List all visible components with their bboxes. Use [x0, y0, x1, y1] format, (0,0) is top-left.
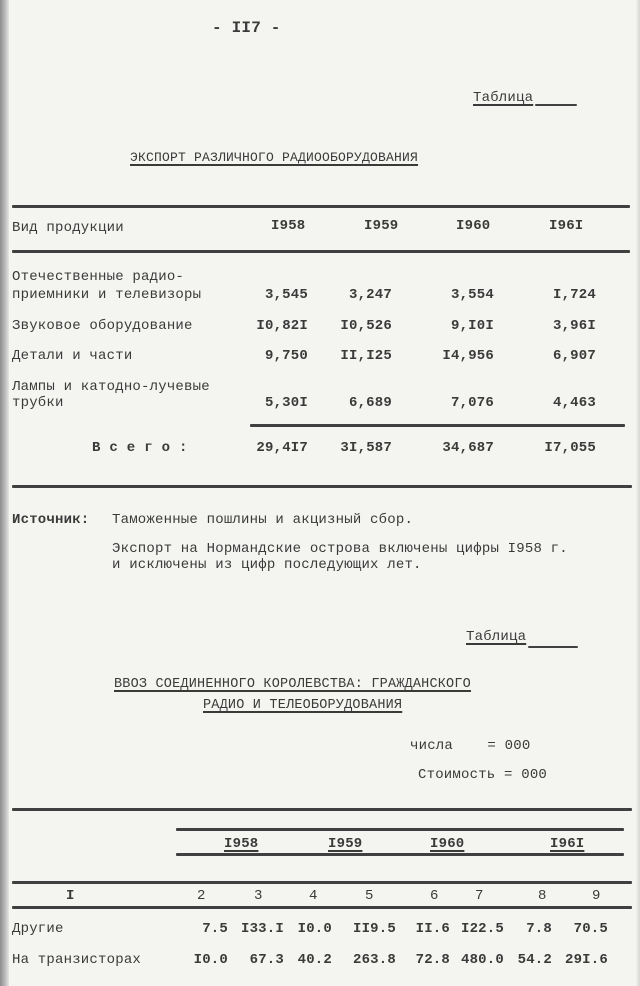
table2-year: I958: [224, 836, 258, 852]
table1-cell: 9,I0I: [412, 318, 494, 334]
table2-top-rule: [12, 808, 632, 811]
table1-label-underline: [535, 104, 577, 106]
table2-col-number: 5: [365, 888, 374, 904]
table1-total-cell: 29,4I7: [230, 440, 308, 456]
table2-colnum-top-rule: [12, 881, 632, 884]
table1-title: ЭКСПОРТ РАЗЛИЧНОГО РАДИООБОРУДОВАНИЯ: [130, 150, 418, 166]
table1-label: Таблица: [473, 90, 533, 106]
table1-cell: 3,545: [230, 287, 308, 303]
table2-row-label: На транзисторах: [12, 952, 141, 968]
table1-cell: I0,526: [312, 318, 392, 334]
table2-cell: II.6: [404, 921, 450, 937]
table1-cell: 3,554: [412, 287, 494, 303]
table1-row-label: трубки: [12, 395, 64, 411]
table2-row-label: Другие: [12, 921, 64, 937]
table2-cell: 67.3: [232, 952, 284, 968]
table2-col-number: 7: [475, 888, 484, 904]
table1-bottom-rule: [12, 485, 632, 488]
table1-cell: I,724: [520, 287, 596, 303]
table2-cell: I33.I: [232, 921, 284, 937]
table2-cell: 29I.6: [556, 952, 608, 968]
table1-row-label: Лампы и катодно-лучевые: [12, 379, 210, 395]
table1-cell: 9,750: [230, 348, 308, 364]
table2-col-number: 3: [254, 888, 263, 904]
source-text: Таможенные пошлины и акцизный сбор.: [112, 512, 413, 528]
table1-total-cell: I7,055: [520, 440, 596, 456]
table2-years-top-rule: [176, 828, 624, 831]
table2-cell: 263.8: [340, 952, 396, 968]
table2-cell: I22.5: [452, 921, 504, 937]
table2-col-number: 9: [592, 888, 601, 904]
table2-col-number: 8: [538, 888, 547, 904]
table1-header-product: Вид продукции: [12, 220, 124, 236]
table2-col-number: 4: [309, 888, 318, 904]
source-label: Источник:: [12, 512, 89, 528]
table1-cell: 3,247: [312, 287, 392, 303]
table2-cell: II9.5: [340, 921, 396, 937]
table2-year: I960: [430, 836, 464, 852]
table1-cell: 7,076: [412, 395, 494, 411]
table2-cell: 72.8: [404, 952, 450, 968]
table1-total-cell: 3I,587: [312, 440, 392, 456]
table2-colnum-bottom-rule: [12, 906, 632, 909]
table1-cell: I4,956: [412, 348, 494, 364]
table1-total-cell: 34,687: [412, 440, 494, 456]
table1-cell: 4,463: [520, 395, 596, 411]
table1-cell: 3,96I: [520, 318, 596, 334]
table1-cell: I0,82I: [230, 318, 308, 334]
table1-header-top-rule: [12, 205, 630, 208]
table2-units-count: числа = 000: [410, 738, 530, 754]
table2-cell: 7.5: [180, 921, 228, 937]
table2-cell: I0.0: [180, 952, 228, 968]
table1-cell: II,I25: [312, 348, 392, 364]
table1-header-year: I958: [271, 218, 305, 234]
page-number: - II7 -: [212, 20, 281, 36]
table1-row-label: Детали и части: [12, 348, 132, 364]
table1-row-label: Отечественные радио-: [12, 269, 184, 285]
table2-years-bottom-rule: [176, 853, 624, 856]
source-note: Экспорт на Нормандские острова включены …: [112, 541, 568, 557]
table2-label-underline: [528, 646, 578, 648]
scan-border-right: [636, 0, 640, 986]
table1-cell: 6,689: [312, 395, 392, 411]
table2-units-value: Стоимость = 000: [418, 767, 547, 783]
scan-border-left: [0, 0, 9, 986]
table2-cell: I0.0: [286, 921, 332, 937]
table2-title: ВВОЗ СОЕДИНЕННОГО КОРОЛЕВСТВА: ГРАЖДАНСК…: [114, 677, 471, 693]
table1-header-bottom-rule: [12, 250, 630, 253]
table2-col-number: 6: [430, 888, 439, 904]
table2-cell: 480.0: [452, 952, 504, 968]
table2-year: I96I: [550, 836, 584, 852]
table1-header-year: I960: [456, 218, 490, 234]
table2-col-number: I: [66, 888, 75, 904]
table1-header-year: I959: [364, 218, 398, 234]
table1-total-label: Всего:: [92, 440, 196, 456]
table2-label: Таблица: [466, 629, 526, 645]
table2-title: РАДИО И ТЕЛЕОБОРУДОВАНИЯ: [203, 698, 402, 714]
table2-cell: 7.8: [506, 921, 552, 937]
table2-col-number: 2: [197, 888, 206, 904]
source-note: и исключены из цифр последующих лет.: [112, 557, 422, 573]
table1-total-rule: [250, 424, 625, 427]
table1-header-year: I96I: [549, 218, 583, 234]
table1-row-label: Звуковое оборудование: [12, 318, 193, 334]
table1-cell: 6,907: [520, 348, 596, 364]
table1-cell: 5,30I: [230, 395, 308, 411]
table1-row-label: приемники и телевизоры: [12, 287, 201, 303]
table2-cell: 70.5: [556, 921, 608, 937]
table2-year: I959: [328, 836, 362, 852]
table2-cell: 54.2: [506, 952, 552, 968]
table2-cell: 40.2: [286, 952, 332, 968]
